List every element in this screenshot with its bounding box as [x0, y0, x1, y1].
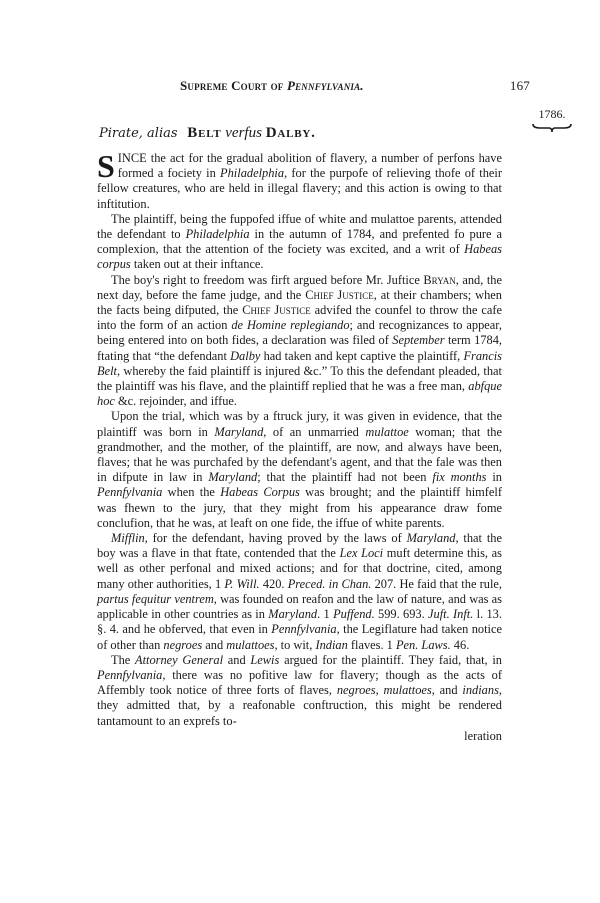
paragraph: The plaintiff, being the fuppofed iffue … [97, 212, 502, 273]
handwritten-annotation: Pirate, alias [99, 126, 178, 141]
text-run: The [111, 653, 135, 667]
italic-text: Indian [315, 638, 347, 652]
italic-text: negroes, mulattoes [337, 683, 432, 697]
text-run: The boy's right to freedom was firft arg… [111, 273, 423, 287]
italic-text: de Homine replegiando [231, 318, 349, 332]
text-run: . 1 [317, 607, 333, 621]
italic-text: negroes [163, 638, 202, 652]
small-caps-text: Chief Justice [305, 288, 374, 302]
body-text: SINCE the act for the gradual abolition … [97, 151, 502, 744]
text-run: , of an unmarried [263, 425, 365, 439]
italic-text: mulattoes [226, 638, 274, 652]
italic-text: Maryland [208, 470, 257, 484]
case-title: Pirate, alias Belt verfus Dalby. [99, 125, 316, 142]
text-run: 420. [260, 577, 288, 591]
paragraph: The boy's right to freedom was firft arg… [97, 273, 502, 410]
running-head-title: Supreme Court of Pennfylvania. [180, 78, 364, 93]
text-run: 46. [451, 638, 470, 652]
italic-text: Maryland [407, 531, 456, 545]
italic-text: Maryland [268, 607, 317, 621]
paragraph: Mifflin, for the defendant, having prove… [97, 531, 502, 653]
small-caps-text: Bryan [423, 273, 455, 287]
text-run: argued for the plaintiff. They faid, tha… [279, 653, 502, 667]
italic-text: indians [462, 683, 499, 697]
italic-text: Mifflin [111, 531, 145, 545]
italic-text: partus fequitur ventrem [97, 592, 214, 606]
text-run: in [486, 470, 502, 484]
drop-cap: S [97, 153, 115, 180]
text-run: , for the defendant, having proved by th… [145, 531, 407, 545]
text-run: , whereby the faid plaintiff is injured … [97, 364, 502, 393]
italic-text: September [392, 333, 444, 347]
italic-text: Dalby [230, 349, 260, 363]
italic-text: Juft. Inft. [428, 607, 473, 621]
italic-text: fix months [432, 470, 486, 484]
italic-text: Attorney General [135, 653, 223, 667]
italic-text: Habeas Corpus [220, 485, 300, 499]
italic-text: mulattoe [365, 425, 408, 439]
curly-brace-icon [532, 123, 572, 133]
text-run: and [223, 653, 250, 667]
text-run: had taken and kept captive the plaintiff… [260, 349, 463, 363]
text-run: , to wit, [274, 638, 315, 652]
case-versus: verfus [225, 125, 262, 141]
italic-text: Pennfylvania [97, 668, 162, 682]
italic-text: P. Will. [224, 577, 259, 591]
case-plaintiff: Belt [187, 125, 221, 141]
catchword: leration [97, 729, 502, 744]
paragraph: The Attorney General and Lewis argued fo… [97, 653, 502, 729]
text-run: flaves. 1 [348, 638, 396, 652]
text-run: 599. 693. [375, 607, 428, 621]
page-number: 167 [510, 78, 530, 94]
margin-note: 1786. [530, 107, 574, 133]
paragraph: SINCE the act for the gradual abolition … [97, 151, 502, 212]
italic-text: Maryland [214, 425, 263, 439]
text-run: and [202, 638, 226, 652]
running-head-state: Pennfylvania. [287, 78, 364, 93]
text-run: when the [162, 485, 220, 499]
margin-year: 1786. [539, 107, 566, 121]
italic-text: Lewis [250, 653, 279, 667]
running-head: Supreme Court of Pennfylvania. 167 [180, 78, 510, 94]
text-run: taken out at their inftance. [131, 257, 264, 271]
text-run: &c. rejoinder, and iffue. [115, 394, 237, 408]
paragraph: Upon the trial, which was by a ftruck ju… [97, 409, 502, 531]
italic-text: Puffend. [333, 607, 375, 621]
italic-text: Preced. in Chan. [288, 577, 372, 591]
text-run: , and [432, 683, 463, 697]
running-head-court: Supreme Court of [180, 78, 287, 93]
text-run: 207. He faid that the rule, [371, 577, 502, 591]
italic-text: Pennfylvania [271, 622, 336, 636]
italic-text: Philadelphia [186, 227, 250, 241]
italic-text: Pen. Laws. [396, 638, 451, 652]
italic-text: Pennfylvania [97, 485, 162, 499]
italic-text: Lex Loci [340, 546, 384, 560]
case-defendant: Dalby. [266, 125, 316, 141]
small-caps-text: Chief Justice [242, 303, 311, 317]
italic-text: Philadelphia [220, 166, 284, 180]
text-run: ; that the plaintiff had not been [257, 470, 432, 484]
